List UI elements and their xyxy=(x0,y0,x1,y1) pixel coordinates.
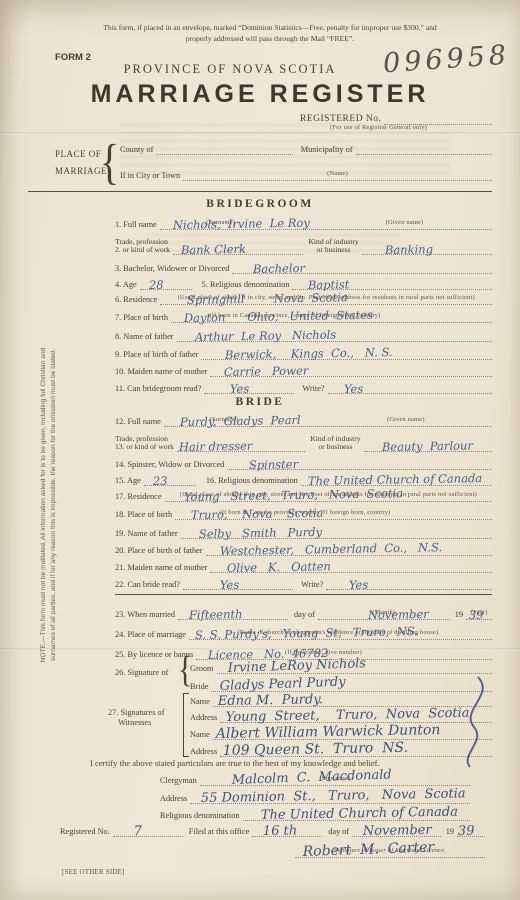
place-marriage-label: 24. Place of marriage xyxy=(115,631,189,640)
month-sublabel: (Month) xyxy=(318,609,450,616)
ink-flourish xyxy=(440,675,500,770)
place-marriage-field[interactable]: S. S. Purdy's, Young St, Truro, NS. (Nam… xyxy=(189,627,492,640)
place-marriage-sublabel: (Name of church or clergyman's residence… xyxy=(237,629,520,636)
given-name-sublabel: (Given name) xyxy=(386,219,520,226)
witness1-address-label: Address xyxy=(190,714,220,723)
bridegroom-section-title: BRIDEGROOM xyxy=(0,198,520,210)
bg-residence-sublabel: (Usual place of abode. If in city, stree… xyxy=(160,294,492,301)
witnesses-bracket xyxy=(183,693,189,757)
br-mother-field[interactable]: Olive K. Oatten xyxy=(210,560,492,573)
filed-year-field[interactable]: 39 xyxy=(457,824,485,837)
bg-age-label: 4. Age xyxy=(115,281,140,290)
registered-no-sublabel: (For use of Registrar General only) xyxy=(330,124,427,131)
bg-father-field[interactable]: Arthur Le Roy Nichols xyxy=(177,329,492,342)
clergyman-signature-sublabel: (Signature) xyxy=(200,775,470,782)
br-write-field[interactable]: Yes xyxy=(326,577,492,590)
bg-trade-field[interactable]: Bank Clerk xyxy=(173,242,303,255)
mail-notice-line2: properly addressed will pass through the… xyxy=(60,34,480,43)
municipality-field[interactable] xyxy=(356,142,492,155)
br-fullname-label: 12. Full name xyxy=(115,418,164,427)
br-father-label: 19. Name of father xyxy=(115,530,181,539)
br-residence-field[interactable]: Young Street, Truro, Nova Scotia . (Usua… xyxy=(165,489,492,502)
clergyman-signature-field[interactable]: Malcolm C. Macdonald (Signature) xyxy=(200,773,470,786)
issuer-signature-sublabel: Signature of Issuer of Marriage Licence. xyxy=(295,847,485,854)
place-brace: { xyxy=(100,137,119,187)
bg-father-label: 8. Name of father xyxy=(115,333,177,342)
signature-of-label: 26. Signature of xyxy=(115,668,168,677)
bg-birthplace-sublabel: (If born in Canada, province, county. If… xyxy=(210,312,520,319)
clergyman-address-label: Address xyxy=(160,795,190,804)
filed-label: Filed at this office xyxy=(183,828,252,837)
bg-write-field[interactable]: Yes xyxy=(328,381,492,394)
br-status-field[interactable]: Spinster xyxy=(227,457,492,470)
br-read-label: 22. Can bride read? xyxy=(115,581,183,590)
licence-sublabel: (If by licence, give number) xyxy=(285,649,520,656)
bg-mother-label: 10. Maiden name of mother xyxy=(115,368,210,377)
br-age-field[interactable]: 23 xyxy=(144,473,196,486)
br-mother-label: 21. Maiden name of mother xyxy=(115,564,210,573)
clergyman-label: Clergyman xyxy=(160,777,200,786)
registered-no-bottom-label: Registered No. xyxy=(60,828,113,837)
see-other-side-note: [SEE OTHER SIDE] xyxy=(62,868,125,876)
registered-no-bottom-field[interactable]: 7 xyxy=(113,824,183,837)
br-residence-sublabel: (Usual place of abode. If in city, stree… xyxy=(165,491,492,498)
bg-denomination-field[interactable]: Baptist xyxy=(292,277,492,290)
br-birthplace-sublabel: (If born in Canada, province, county. If… xyxy=(220,509,520,516)
bg-trade-label-b: 2. or kind of work xyxy=(115,245,170,254)
br-father-field[interactable]: Selby Smith Purdy xyxy=(181,526,492,539)
margin-note: NOTE.—This form must not be mutilated. A… xyxy=(39,285,65,725)
witness1-name-label: Name xyxy=(190,698,213,707)
county-field[interactable] xyxy=(156,142,292,155)
br-trade-label-b: 13. or kind of work xyxy=(115,442,174,451)
witnesses-label-a: 27. Signatures of xyxy=(108,708,164,717)
br-trade-field[interactable]: Hair dresser xyxy=(177,439,305,452)
day-of-label: day of xyxy=(288,611,318,620)
br-father-birthplace-label: 20. Place of birth of father xyxy=(115,547,206,556)
br-father-birthplace-field[interactable]: Westchester, Cumberland Co., N.S. xyxy=(206,543,492,556)
witness2-name-label: Name xyxy=(190,731,213,740)
certify-statement: I certify the above stated particulars a… xyxy=(90,758,380,768)
bg-residence-field[interactable]: Springhill Nova Scotia (Usual place of a… xyxy=(160,292,492,305)
bg-mother-field[interactable]: Carrie Power xyxy=(210,364,492,377)
br-age-label: 15. Age xyxy=(115,477,144,486)
bg-residence-label: 6. Residence xyxy=(115,296,160,305)
witnesses-label-b: Witnesses xyxy=(108,718,151,727)
br-residence-label: 17. Residence xyxy=(115,493,165,502)
br-birthplace-field[interactable]: Truro, Nova Scotia (If born in Canada, p… xyxy=(175,507,492,520)
br-denomination-label: 16. Religious denomination xyxy=(196,477,301,486)
bg-status-label: 3. Bachelor, Widower or Divorced xyxy=(115,265,232,274)
bg-read-label: 11. Can bridegroom read? xyxy=(115,385,204,394)
mail-notice-line1: This form, if placed in an envelope, mar… xyxy=(60,23,480,32)
year-printed: 19 xyxy=(450,611,466,620)
municipality-label: Municipality of xyxy=(293,146,356,155)
marriage-divider xyxy=(115,594,492,595)
clergyman-denomination-label: Religious denomination xyxy=(160,812,243,821)
city-name-sublabel: (Name) xyxy=(183,170,492,177)
clergyman-address-field[interactable]: 55 Dominion St., Truro, Nova Scotia xyxy=(190,791,470,804)
br-denomination-field[interactable]: The United Church of Canada xyxy=(301,473,492,486)
filed-year-printed: 19 xyxy=(441,828,457,837)
br-industry-field[interactable]: Beauty Parlour xyxy=(364,439,492,452)
groom-label: Groom xyxy=(190,665,217,674)
when-married-year-field[interactable]: 39 (Year) xyxy=(466,607,492,620)
br-birthplace-label: 18. Place of birth xyxy=(115,511,175,520)
marriage-register-form: This form, if placed in an envelope, mar… xyxy=(0,0,520,900)
issuer-signature-field[interactable]: Robert M. Carter Signature of Issuer of … xyxy=(295,845,485,858)
clergyman-denomination-field[interactable]: The United Church of Canada xyxy=(243,808,470,821)
page-title: MARRIAGE REGISTER xyxy=(0,80,520,109)
section-divider xyxy=(28,191,492,192)
city-town-field[interactable]: (Name) xyxy=(183,168,492,181)
bg-fullname-label: 1. Full name xyxy=(115,221,160,230)
bg-industry-label-b: or business xyxy=(317,245,351,254)
when-married-month-field[interactable]: November (Month) xyxy=(318,607,450,620)
filed-dayof-label: day of xyxy=(322,828,352,837)
bg-read-field[interactable]: Yes xyxy=(204,381,294,394)
bride-section-title: BRIDE xyxy=(0,396,520,408)
bg-fullname-field[interactable]: Nichols, Irvine Le Roy (Surname) (Given … xyxy=(160,217,492,230)
filed-month-field[interactable]: November xyxy=(352,824,441,837)
br-status-label: 14. Spinster, Widow or Divorced xyxy=(115,461,227,470)
county-label: County of xyxy=(120,146,156,155)
place-of-marriage-label-1: PLACE OF xyxy=(55,149,101,159)
bg-denomination-label: 5. Religious denomination xyxy=(192,281,293,290)
bride-label: Bride xyxy=(190,683,211,692)
br-read-field[interactable]: Yes xyxy=(183,577,293,590)
bg-status-field[interactable]: Bachelor xyxy=(232,261,492,274)
bg-write-label: Write? xyxy=(294,385,327,394)
filed-date-field[interactable]: 16 th xyxy=(252,824,322,837)
year-sublabel: (Year) xyxy=(466,609,492,616)
br-fullname-field[interactable]: Purdy, Gladys Pearl (Surname) (Given nam… xyxy=(164,414,492,427)
bg-industry-field[interactable]: Banking xyxy=(362,242,492,255)
given-name-sublabel: (Given name) xyxy=(387,416,520,423)
groom-signature-field[interactable]: Irvine LeRoy Nichols xyxy=(217,661,492,674)
when-married-label: 23. When married xyxy=(115,611,178,620)
when-married-day-field[interactable]: Fifteenth xyxy=(178,607,288,620)
br-write-label: Write? xyxy=(293,581,326,590)
bg-age-field[interactable]: 28 xyxy=(140,277,192,290)
bg-birthplace-label: 7. Place of birth xyxy=(115,314,171,323)
br-industry-label-b: or business xyxy=(318,442,352,451)
bg-birthplace-field[interactable]: Dayton Ohio, United States (If born in C… xyxy=(171,310,492,323)
witness2-address-label: Address xyxy=(190,748,220,757)
bg-father-birthplace-label: 9. Place of birth of father xyxy=(115,351,201,360)
city-town-label: If in City or Town xyxy=(120,172,183,181)
bg-father-birthplace-field[interactable]: Berwick, Kings Co., N. S. xyxy=(201,347,492,360)
